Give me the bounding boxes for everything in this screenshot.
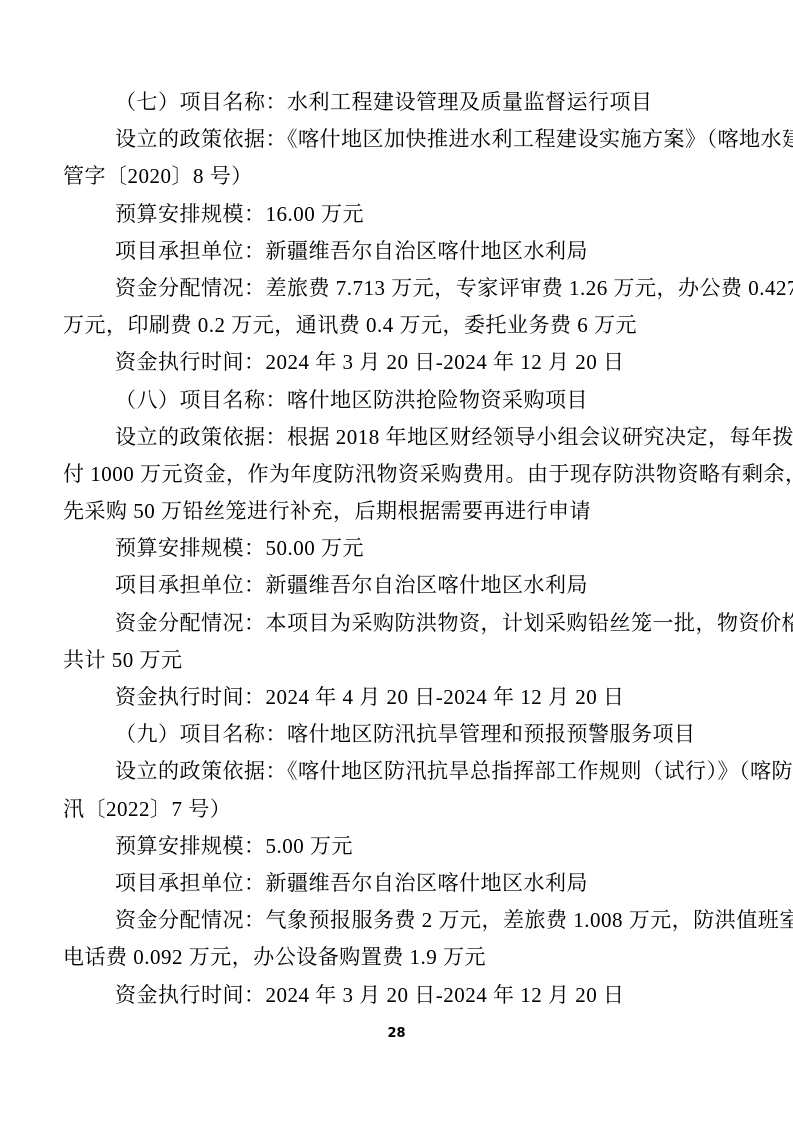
text-line: 资金分配情况：差旅费 7.713 万元，专家评审费 1.26 万元，办公费 0.… — [63, 270, 735, 307]
page-number: 28 — [387, 1026, 405, 1041]
text-line: （七）项目名称：水利工程建设管理及质量监督运行项目 — [63, 84, 735, 121]
text-line: 资金执行时间：2024 年 4 月 20 日-2024 年 12 月 20 日 — [63, 679, 735, 716]
text-line: 资金分配情况：气象预报服务费 2 万元，差旅费 1.008 万元，防洪值班室 — [63, 902, 735, 939]
text-line: 项目承担单位：新疆维吾尔自治区喀什地区水利局 — [63, 567, 735, 604]
document-text: （七）项目名称：水利工程建设管理及质量监督运行项目设立的政策依据：《喀什地区加快… — [63, 84, 735, 1014]
text-line: 资金执行时间：2024 年 3 月 20 日-2024 年 12 月 20 日 — [63, 977, 735, 1014]
text-line: 预算安排规模：5.00 万元 — [63, 828, 735, 865]
text-line: 管字〔2020〕8 号） — [63, 158, 735, 195]
text-line: 电话费 0.092 万元，办公设备购置费 1.9 万元 — [63, 939, 735, 976]
text-line: 项目承担单位：新疆维吾尔自治区喀什地区水利局 — [63, 865, 735, 902]
text-line: 设立的政策依据：《喀什地区加快推进水利工程建设实施方案》（喀地水建 — [63, 121, 735, 158]
text-line: 先采购 50 万铅丝笼进行补充，后期根据需要再进行申请 — [63, 493, 735, 530]
text-line: 付 1000 万元资金，作为年度防汛物资采购费用。由于现存防洪物资略有剩余， — [63, 456, 735, 493]
text-line: 资金执行时间：2024 年 3 月 20 日-2024 年 12 月 20 日 — [63, 344, 735, 381]
page-footer: 28 — [0, 1024, 793, 1042]
text-line: 汛〔2022〕7 号） — [63, 791, 735, 828]
text-line: 项目承担单位：新疆维吾尔自治区喀什地区水利局 — [63, 233, 735, 270]
text-line: 共计 50 万元 — [63, 642, 735, 679]
text-line: （九）项目名称：喀什地区防汛抗旱管理和预报预警服务项目 — [63, 716, 735, 753]
text-line: 设立的政策依据：根据 2018 年地区财经领导小组会议研究决定，每年拨 — [63, 419, 735, 456]
text-line: 预算安排规模：16.00 万元 — [63, 196, 735, 233]
text-line: 设立的政策依据：《喀什地区防汛抗旱总指挥部工作规则（试行）》（喀防 — [63, 753, 735, 790]
text-line: 万元，印刷费 0.2 万元，通讯费 0.4 万元，委托业务费 6 万元 — [63, 307, 735, 344]
text-line: 预算安排规模：50.00 万元 — [63, 530, 735, 567]
document-page: （七）项目名称：水利工程建设管理及质量监督运行项目设立的政策依据：《喀什地区加快… — [0, 0, 793, 1122]
text-line: 资金分配情况：本项目为采购防洪物资，计划采购铅丝笼一批，物资价格 — [63, 605, 735, 642]
text-line: （八）项目名称：喀什地区防洪抢险物资采购项目 — [63, 382, 735, 419]
